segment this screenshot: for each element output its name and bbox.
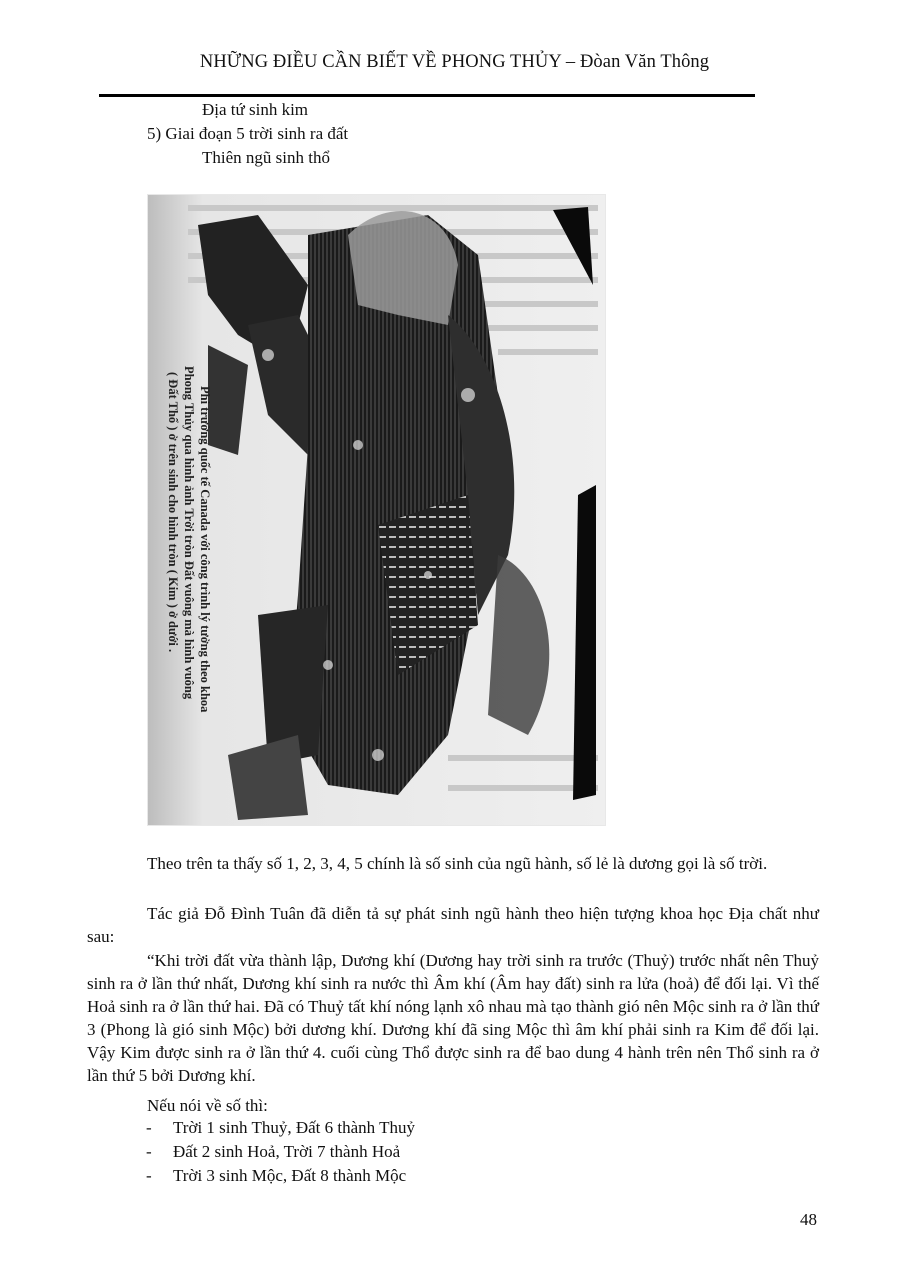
header-title: NHỮNG ĐIỀU CẦN BIẾT VỀ PHONG THỦY – Đòan… [0, 52, 909, 73]
figure-photo: Phi trường quốc tế Canada với công trình… [147, 194, 606, 826]
list-item: -Trời 1 sinh Thuỷ, Đất 6 thành Thuỷ [146, 1118, 415, 1138]
caption-line: ( Đất Thổ ) ở trên sinh cho hình tròn ( … [165, 366, 181, 826]
list-item-text: Trời 3 sinh Mộc, Đất 8 thành Mộc [173, 1166, 406, 1185]
list-item: -Đất 2 sinh Hoả, Trời 7 thành Hoả [146, 1142, 400, 1162]
page-number: 48 [800, 1210, 817, 1230]
intro-line: Địa tứ sinh kim [202, 100, 308, 120]
airport-photo-image [148, 195, 606, 826]
caption-line: Phong Thủy qua hình ảnh Trời tròn Đất vu… [181, 366, 197, 826]
caption-line: Phi trường quốc tế Canada với công trình… [197, 366, 213, 826]
paragraph: Nếu nói về số thì: [87, 1094, 819, 1117]
intro-line: 5) Giai đoạn 5 trời sinh ra đất [147, 124, 348, 144]
figure-caption: Phi trường quốc tế Canada với công trình… [153, 366, 213, 826]
list-bullet: - [146, 1166, 173, 1186]
list-item-text: Trời 1 sinh Thuỷ, Đất 6 thành Thuỷ [173, 1118, 415, 1137]
paragraph: Tác giả Đỗ Đình Tuân đã diễn tả sự phát … [87, 902, 819, 948]
list-bullet: - [146, 1118, 173, 1138]
list-bullet: - [146, 1142, 173, 1162]
quote-paragraph: “Khi trời đất vừa thành lập, Dương khí (… [87, 949, 819, 1087]
intro-line: Thiên ngũ sinh thổ [202, 148, 330, 168]
list-item-text: Đất 2 sinh Hoả, Trời 7 thành Hoả [173, 1142, 400, 1161]
list-item: -Trời 3 sinh Mộc, Đất 8 thành Mộc [146, 1166, 406, 1186]
paragraph: Theo trên ta thấy số 1, 2, 3, 4, 5 chính… [87, 852, 819, 875]
header-divider [99, 94, 755, 97]
